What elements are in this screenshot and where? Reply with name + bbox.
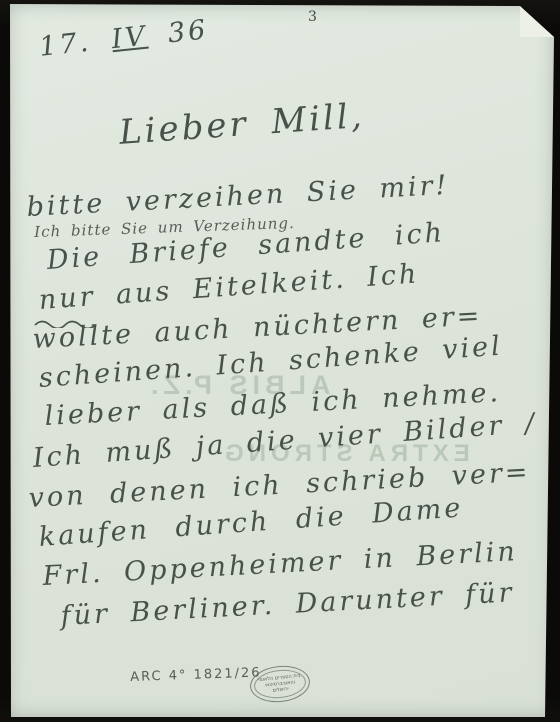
date-year: 36 — [166, 14, 209, 49]
date-month-roman: IV — [110, 21, 149, 56]
archive-shelfmark: ARC 4° 1821/26 — [130, 665, 262, 685]
salutation: Lieber Mill, — [118, 99, 366, 150]
letter-date: 17. IV 36 — [38, 16, 210, 61]
letter-page: 3 ALBIS P.Z. EXTRA STRONG 17. IV 36 Lieb… — [8, 4, 554, 717]
stamp-text-line: ירושלים — [272, 686, 289, 694]
date-day: 17. — [38, 27, 93, 63]
letter-line: bitte verzeihen Sie mir! — [26, 172, 450, 221]
page-number: 3 — [308, 10, 320, 24]
library-stamp-inner-ring: בית הספרים הלאומי והאוניברסיטאי ירושלים — [253, 667, 308, 700]
